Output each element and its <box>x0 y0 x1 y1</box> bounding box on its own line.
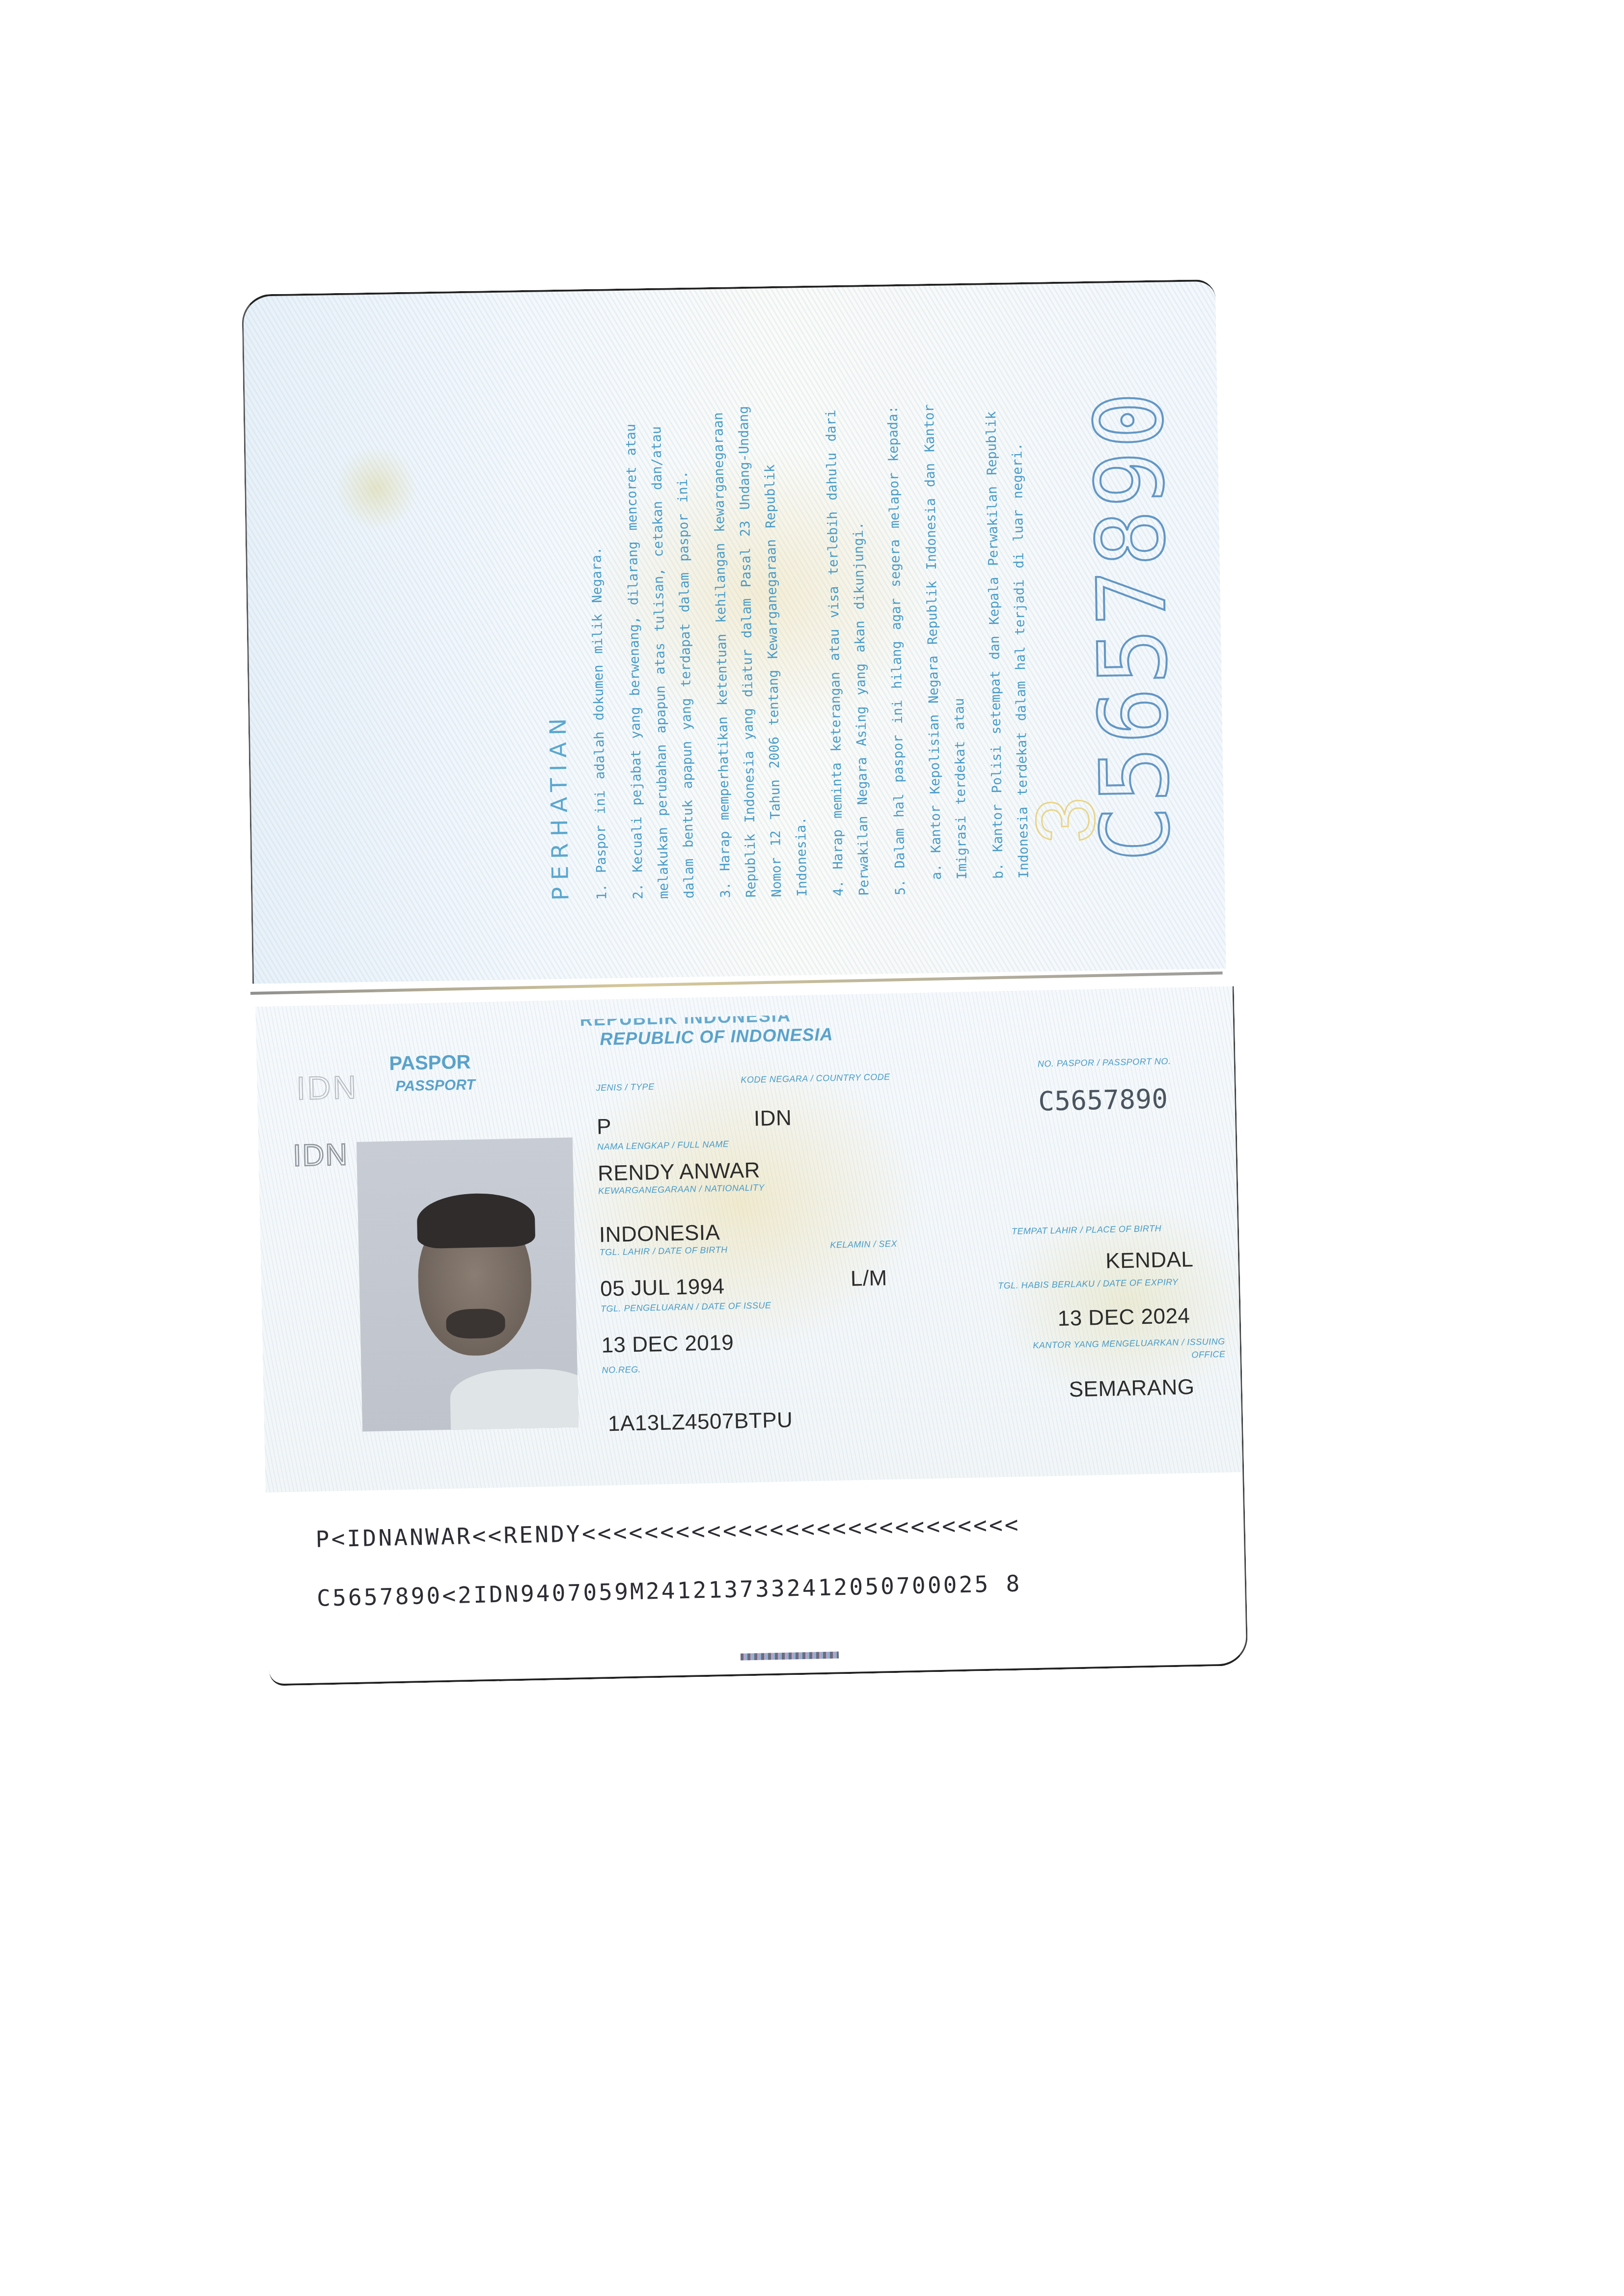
date-of-expiry-value: 13 DEC 2024 <box>1057 1304 1190 1331</box>
sex-value: L/M <box>850 1266 887 1291</box>
type-value: P <box>597 1115 612 1140</box>
mrz-line-1: P<IDNANWAR<<RENDY<<<<<<<<<<<<<<<<<<<<<<<… <box>315 1511 1020 1553</box>
date-of-issue-value: 13 DEC 2019 <box>601 1331 734 1358</box>
observation-item: 4. Harap meminta keterangan atau visa te… <box>818 385 877 897</box>
observation-item: a. Kantor Kepolisian Negara Republik Ind… <box>916 383 975 895</box>
observations-text: PERHATIAN 1. Paspor ini adalah dokumen m… <box>539 382 1048 901</box>
garuda-emblem-icon <box>334 446 419 531</box>
mrz-line-2: C5657890<2IDN9407059M2412137332412050700… <box>317 1570 1022 1612</box>
observation-item: 1. Paspor ini adalah dokumen milik Negar… <box>581 389 615 900</box>
nationality-value: INDONESIA <box>599 1220 720 1247</box>
observation-item: 3. Harap memperhatikan ketentuan kehilan… <box>705 386 815 898</box>
passport-no-label: NO. PASPOR / PASSPORT NO. <box>1038 1056 1171 1069</box>
country-ghost-text: IDN <box>296 1068 358 1107</box>
observation-item: 2. Kecuali pejabat yang berwenang, dilar… <box>618 388 702 900</box>
full-name-label: NAMA LENGKAP / FULL NAME <box>597 1139 729 1152</box>
observations-title: PERHATIAN <box>539 390 574 901</box>
photo-shirt <box>450 1368 578 1432</box>
observation-item: 5. Dalam hal paspor ini hilang agar sege… <box>880 384 913 896</box>
photo-hair <box>416 1192 535 1249</box>
date-of-expiry-label: TGL. HABIS BERLAKU / DATE OF EXPIRY <box>998 1277 1179 1291</box>
observations-page: 3 PERHATIAN 1. Paspor ini adalah dokumen… <box>242 279 1226 984</box>
document-title-id: PASPOR <box>389 1051 471 1075</box>
issuing-office-value: SEMARANG <box>1069 1375 1195 1402</box>
header-english: REPUBLIC OF INDONESIA <box>600 1024 833 1049</box>
date-of-birth-value: 05 JUL 1994 <box>600 1274 725 1301</box>
passport-data-page: REPUBLIK INDONESIA REPUBLIC OF INDONESIA… <box>255 986 1248 1686</box>
date-of-issue-label: TGL. PENGELUARAN / DATE OF ISSUE <box>601 1300 771 1314</box>
place-of-birth-label: TEMPAT LAHIR / PLACE OF BIRTH <box>1012 1223 1162 1236</box>
sex-label: KELAMIN / SEX <box>830 1239 897 1251</box>
perforated-passport-number: C5657890 <box>1074 388 1190 863</box>
issuing-office-label: KANTOR YANG MENGELUARKAN / ISSUING OFFIC… <box>1029 1335 1226 1365</box>
date-of-birth-label: TGL. LAHIR / DATE OF BIRTH <box>599 1245 727 1257</box>
scanned-page: 3 PERHATIAN 1. Paspor ini adalah dokumen… <box>0 0 1624 2296</box>
document-title-en: PASSPORT <box>395 1077 475 1095</box>
country-code-label: KODE NEGARA / COUNTRY CODE <box>741 1072 890 1085</box>
visual-inspection-zone: REPUBLIK INDONESIA REPUBLIC OF INDONESIA… <box>255 986 1242 1492</box>
photo-beard <box>446 1308 505 1339</box>
place-of-birth-value: KENDAL <box>1105 1247 1194 1274</box>
spine-security-mark <box>741 1651 839 1660</box>
photo-overlay-text: IDN <box>293 1137 349 1173</box>
reg-no-label: NO.REG. <box>602 1365 641 1376</box>
type-label: JENIS / TYPE <box>596 1082 654 1093</box>
country-code-value: IDN <box>753 1106 792 1131</box>
holder-photo <box>357 1138 578 1432</box>
observation-item: b. Kantor Polisi setempat dan Kepala Per… <box>978 383 1037 894</box>
full-name-value: RENDY ANWAR <box>598 1158 761 1186</box>
passport-no-value: C5657890 <box>1038 1083 1168 1117</box>
reg-no-value: 1A13LZ4507BTPU <box>607 1408 793 1436</box>
